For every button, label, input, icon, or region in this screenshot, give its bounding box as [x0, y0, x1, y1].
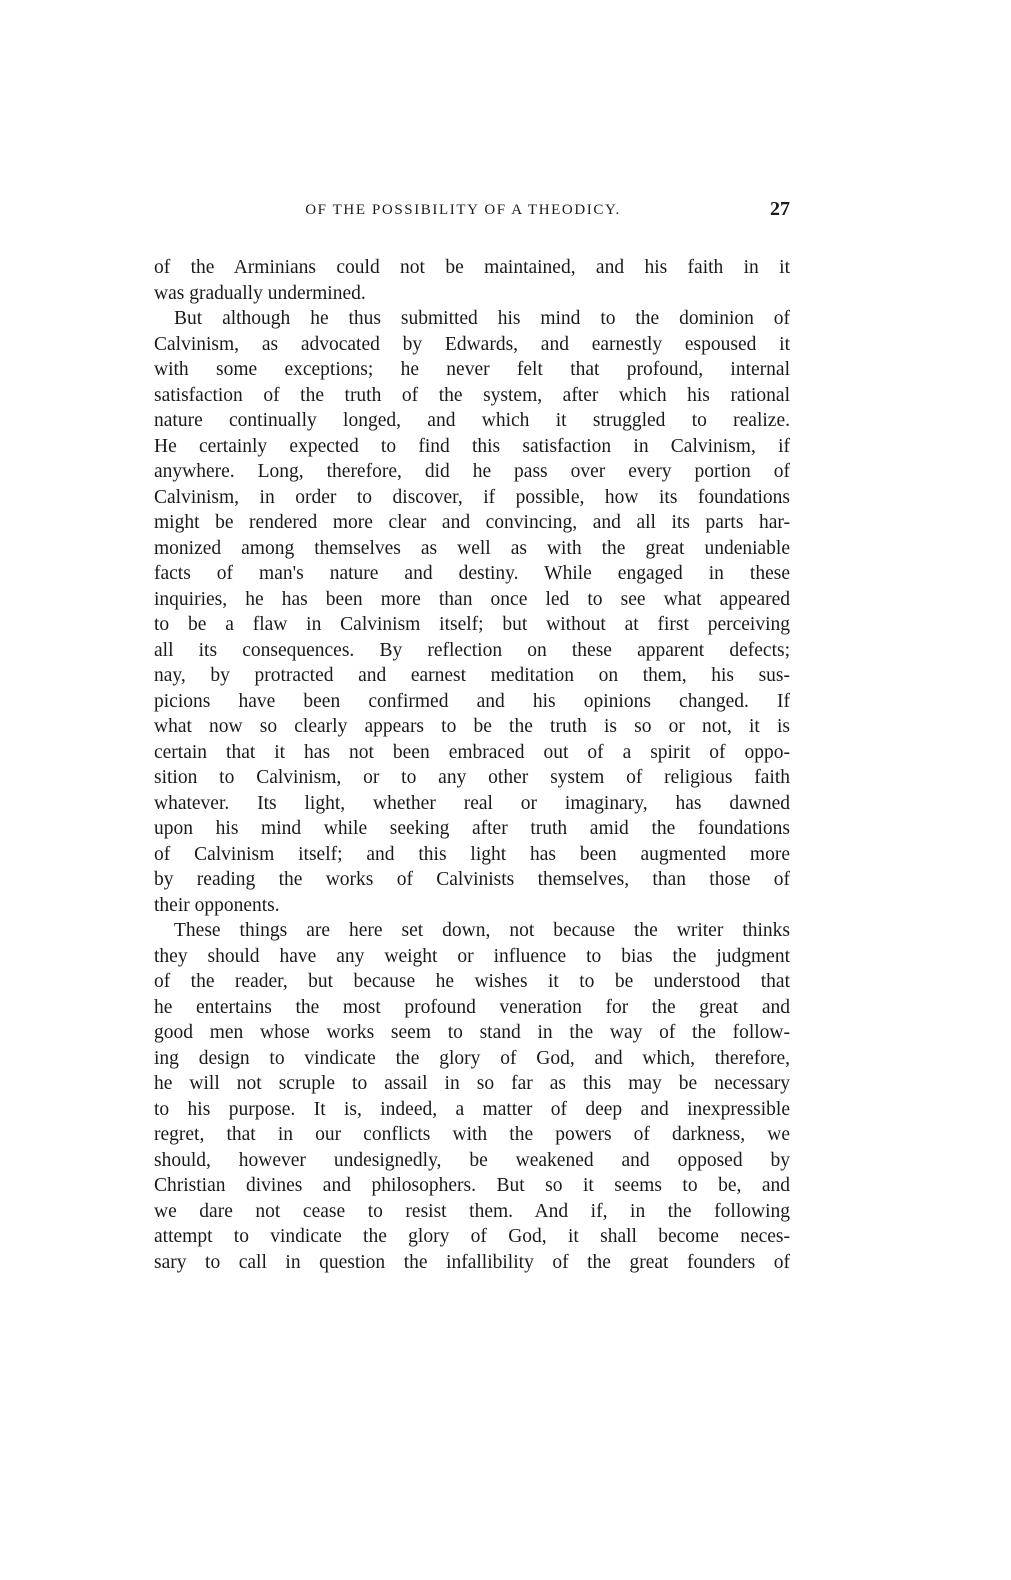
- text-line: monized among themselves as well as with…: [154, 536, 790, 562]
- text-line: was gradually undermined.: [154, 281, 790, 307]
- text-line: they should have any weight or influence…: [154, 944, 790, 970]
- text-line: what now so clearly appears to be the tr…: [154, 714, 790, 740]
- text-line: sition to Calvinism, or to any other sys…: [154, 765, 790, 791]
- paragraph: of the Arminians could not be maintained…: [154, 255, 790, 306]
- book-page: OF THE POSSIBILITY OF A THEODICY. 27 of …: [0, 0, 1011, 1580]
- paragraph: But although he thus submitted his mind …: [154, 306, 790, 918]
- text-line: should, however undesignedly, be weakene…: [154, 1148, 790, 1174]
- text-line: of the reader, but because he wishes it …: [154, 969, 790, 995]
- body-text: of the Arminians could not be maintained…: [154, 255, 790, 1275]
- text-line: upon his mind while seeking after truth …: [154, 816, 790, 842]
- text-line: might be rendered more clear and convinc…: [154, 510, 790, 536]
- text-line: regret, that in our conflicts with the p…: [154, 1122, 790, 1148]
- text-line: anywhere. Long, therefore, did he pass o…: [154, 459, 790, 485]
- text-line: to be a flaw in Calvinism itself; but wi…: [154, 612, 790, 638]
- text-line: inquiries, he has been more than once le…: [154, 587, 790, 613]
- text-line: certain that it has not been embraced ou…: [154, 740, 790, 766]
- text-line: of Calvinism itself; and this light has …: [154, 842, 790, 868]
- running-head: OF THE POSSIBILITY OF A THEODICY. 27: [154, 196, 790, 226]
- text-line: their opponents.: [154, 893, 790, 919]
- running-title: OF THE POSSIBILITY OF A THEODICY.: [154, 202, 790, 219]
- text-line: he will not scruple to assail in so far …: [154, 1071, 790, 1097]
- text-line: Calvinism, as advocated by Edwards, and …: [154, 332, 790, 358]
- text-line: whatever. Its light, whether real or ima…: [154, 791, 790, 817]
- text-line: He certainly expected to find this satis…: [154, 434, 790, 460]
- paragraph: These things are here set down, not beca…: [154, 918, 790, 1275]
- text-line: he entertains the most profound venerati…: [154, 995, 790, 1021]
- text-line: picions have been confirmed and his opin…: [154, 689, 790, 715]
- text-line: of the Arminians could not be maintained…: [154, 255, 790, 281]
- text-line: by reading the works of Calvinists thems…: [154, 867, 790, 893]
- text-line: all its consequences. By reflection on t…: [154, 638, 790, 664]
- text-line: to his purpose. It is, indeed, a matter …: [154, 1097, 790, 1123]
- page-number: 27: [770, 198, 790, 221]
- text-line: ing design to vindicate the glory of God…: [154, 1046, 790, 1072]
- text-line: facts of man's nature and destiny. While…: [154, 561, 790, 587]
- text-line: satisfaction of the truth of the system,…: [154, 383, 790, 409]
- text-line: Calvinism, in order to discover, if poss…: [154, 485, 790, 511]
- text-line: But although he thus submitted his mind …: [154, 306, 790, 332]
- text-line: nature continually longed, and which it …: [154, 408, 790, 434]
- text-line: good men whose works seem to stand in th…: [154, 1020, 790, 1046]
- text-line: attempt to vindicate the glory of God, i…: [154, 1224, 790, 1250]
- text-line: sary to call in question the infallibili…: [154, 1250, 790, 1276]
- text-line: nay, by protracted and earnest meditatio…: [154, 663, 790, 689]
- text-line: These things are here set down, not beca…: [154, 918, 790, 944]
- text-line: Christian divines and philosophers. But …: [154, 1173, 790, 1199]
- text-line: we dare not cease to resist them. And if…: [154, 1199, 790, 1225]
- text-line: with some exceptions; he never felt that…: [154, 357, 790, 383]
